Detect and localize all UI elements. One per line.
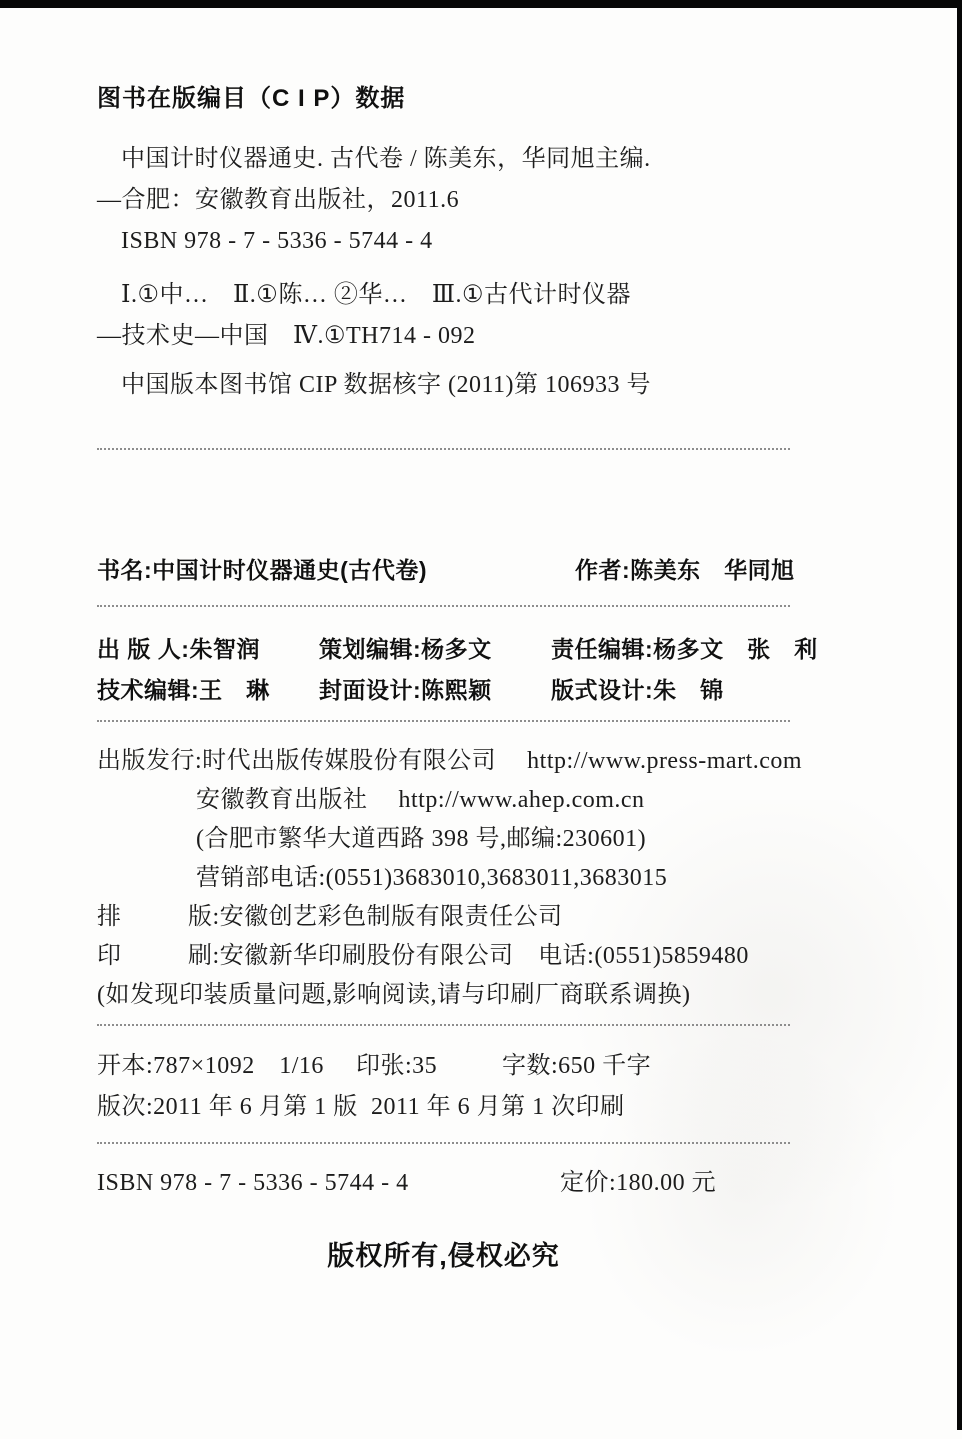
cip-record-line: 中国版本图书馆 CIP 数据核字 (2011)第 106933 号 <box>97 365 790 406</box>
book-title: 书名:中国计时仪器通史(古代卷) <box>97 550 575 591</box>
cip-classification-line-2: —技术史—中国 Ⅳ.①TH714 - 092 <box>97 316 790 357</box>
planning-editor: 策划编辑:杨多文 <box>319 629 551 670</box>
quality-note: (如发现印装质量问题,影响阅读,请与印刷厂商联系调换) <box>97 976 790 1015</box>
distribution-line: 出版发行:时代出版传媒股份有限公司 http://www.press-mart.… <box>97 742 790 781</box>
printing-run: 2011 年 6 月第 1 次印刷 <box>371 1087 625 1128</box>
dotted-divider <box>97 1024 790 1026</box>
printing-company: 刷:安徽新华印刷股份有限公司 电话:(0551)5859480 <box>188 937 749 976</box>
format-row: 开本:787×1092 1/16 印张:35 字数:650 千字 <box>97 1046 790 1087</box>
dotted-divider <box>97 1142 790 1144</box>
staff-row: 出 版 人:朱智润 策划编辑:杨多文 责任编辑:杨多文 张 利 <box>97 629 790 670</box>
format-row: 版次:2011 年 6 月第 1 版 2011 年 6 月第 1 次印刷 <box>97 1087 790 1128</box>
responsible-editor: 责任编辑:杨多文 张 利 <box>551 629 818 670</box>
page-content: 图书在版编目（C I P）数据 中国计时仪器通史. 古代卷 / 陈美东，华同旭主… <box>97 0 790 1278</box>
price: 定价:180.00 元 <box>560 1163 716 1204</box>
typesetting-company: 版:安徽创艺彩色制版有限责任公司 <box>188 898 563 937</box>
press-line: 安徽教育出版社 http://www.ahep.com.cn <box>97 781 790 820</box>
publishing-block: 出版发行:时代出版传媒股份有限公司 http://www.press-mart.… <box>97 742 790 1015</box>
copyright-notice: 版权所有,侵权必究 <box>97 1234 790 1278</box>
cip-title-line: 中国计时仪器通史. 古代卷 / 陈美东，华同旭主编. <box>97 139 790 180</box>
printed-sheets: 印张:35 <box>356 1046 502 1087</box>
title-author-row: 书名:中国计时仪器通史(古代卷) 作者:陈美东 华同旭 <box>97 550 790 591</box>
dotted-divider <box>97 720 790 722</box>
cip-classification-line-1: Ⅰ.①中… Ⅱ.①陈… ②华… Ⅲ.①古代计时仪器 <box>97 275 790 316</box>
staff-row: 技术编辑:王 琳 封面设计:陈熙颖 版式设计:朱 锦 <box>97 670 790 711</box>
dotted-divider <box>97 448 790 450</box>
word-count: 字数:650 千字 <box>502 1046 651 1087</box>
address-line: (合肥市繁华大道西路 398 号,邮编:230601) <box>97 820 790 859</box>
edition: 版次:2011 年 6 月第 1 版 <box>97 1087 371 1128</box>
book-copyright-page: 图书在版编目（C I P）数据 中国计时仪器通史. 古代卷 / 陈美东，华同旭主… <box>0 0 962 1439</box>
typesetting-line: 排 版:安徽创艺彩色制版有限责任公司 <box>97 898 790 937</box>
cip-publisher-line: —合肥：安徽教育出版社，2011.6 <box>97 180 790 221</box>
isbn-price-row: ISBN 978 - 7 - 5336 - 5744 - 4 定价:180.00… <box>97 1163 790 1204</box>
technical-editor: 技术编辑:王 琳 <box>97 670 319 711</box>
sheet-size: 开本:787×1092 1/16 <box>97 1046 356 1087</box>
layout-designer: 版式设计:朱 锦 <box>551 670 724 711</box>
typesetting-label: 排 <box>97 898 188 937</box>
dotted-divider <box>97 605 790 607</box>
cover-designer: 封面设计:陈熙颖 <box>319 670 551 711</box>
marketing-phone-line: 营销部电话:(0551)3683010,3683011,3683015 <box>97 859 790 898</box>
publisher-person: 出 版 人:朱智润 <box>97 629 319 670</box>
scan-right-border <box>957 0 962 1430</box>
isbn-number: ISBN 978 - 7 - 5336 - 5744 - 4 <box>97 1163 560 1204</box>
printing-line: 印 刷:安徽新华印刷股份有限公司 电话:(0551)5859480 <box>97 937 790 976</box>
book-authors: 作者:陈美东 华同旭 <box>575 550 795 591</box>
printing-label: 印 <box>97 937 188 976</box>
cip-heading: 图书在版编目（C I P）数据 <box>97 78 790 119</box>
cip-isbn-line: ISBN 978 - 7 - 5336 - 5744 - 4 <box>97 221 790 262</box>
